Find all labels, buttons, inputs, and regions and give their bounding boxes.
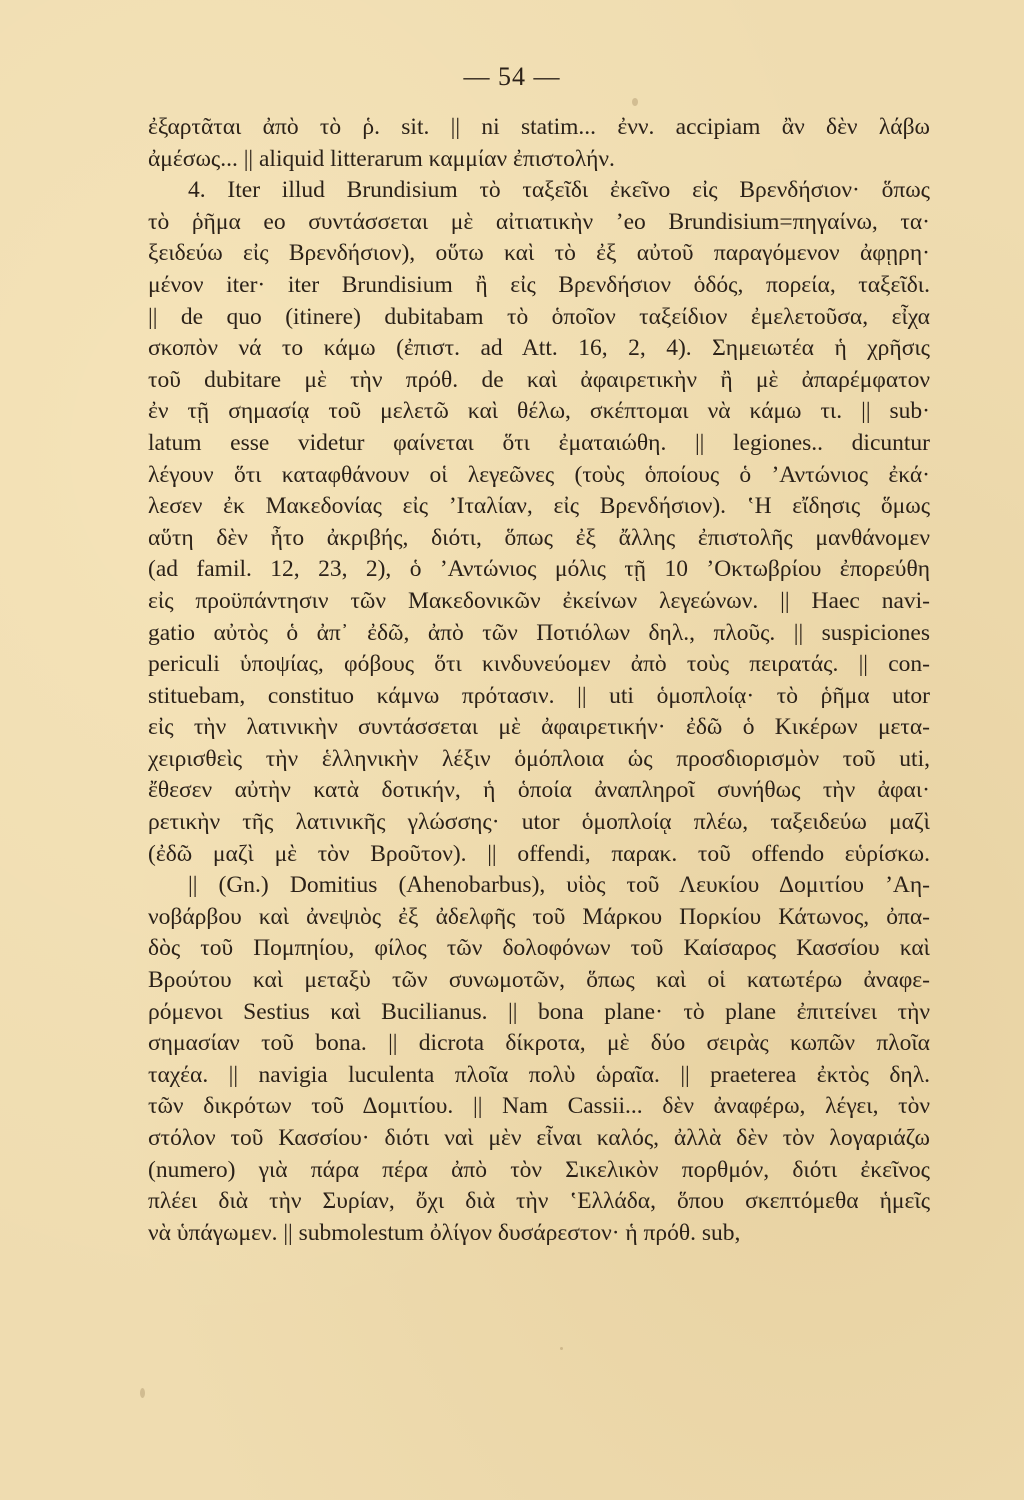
text-line: (numero) γιὰ πάρα πέρα ἀπὸ τὸν Σικελικὸν… (148, 1155, 930, 1187)
text-line: (ad famil. 12, 23, 2), ὁ ʼΑντώνιος μόλις… (148, 554, 930, 586)
text-line: ρετικὴν τῆς λατινικῆς γλώσσης· utor ὁμοπ… (148, 807, 930, 839)
text-line: εἰς τὴν λατινικὴν συντάσσεται μὲ ἀφαιρετ… (148, 712, 930, 744)
text-line: τὸ ῥῆμα eo συντάσσεται μὲ αἰτιατικὴν ʼeo… (148, 207, 930, 239)
text-line: ἐν τῇ σημασίᾳ τοῦ μελετῶ καὶ θέλω, σκέπτ… (148, 396, 930, 428)
text-line: ταχέα. || navigia luculenta πλοῖα πολὺ ὡ… (148, 1060, 930, 1092)
paper-blemish (560, 1347, 563, 1350)
text-line: gatio αὐτὸς ὁ ἀπ᾽ ἐδῶ, ἀπὸ τῶν Ποτιόλων … (148, 618, 930, 650)
text-line: ρόμενοι Sestius καὶ Bucilianus. || bona … (148, 997, 930, 1029)
text-line: λέγουν ὅτι καταφθάνουν οἱ λεγεῶνες (τοὺς… (148, 460, 930, 492)
text-line: τῶν δικρότων τοῦ Δομιτίου. || Nam Cassii… (148, 1091, 930, 1123)
text-line: periculi ὑποψίας, φόβους ὅτι κινδυνεύομε… (148, 649, 930, 681)
text-line: (ἐδῶ μαζὶ μὲ τὸν Βροῦτον). || offendi, π… (148, 839, 930, 871)
text-line: ἐξαρτᾶται ἀπὸ τὸ ῥ. sit. || ni statim...… (148, 112, 930, 144)
text-line: σημασίαν τοῦ bona. || dicrota δίκροτα, μ… (148, 1028, 930, 1060)
text-line: νὰ ὑπάγωμεν. || submolestum ὀλίγον δυσάρ… (148, 1218, 930, 1250)
text-line: νοβάρβου καὶ ἀνεψιὸς ἐξ ἀδελφῆς τοῦ Μάρκ… (148, 902, 930, 934)
text-line: ἔθεσεν αὐτὴν κατὰ δοτικήν, ἡ ὁποία ἀναπλ… (148, 775, 930, 807)
text-line: || (Gn.) Domitius (Ahenobarbus), υἱὸς το… (148, 870, 930, 902)
page-number: — 54 — (0, 62, 1024, 92)
text-line: τοῦ dubitare μὲ τὴν πρόθ. de καὶ ἀφαιρετ… (148, 365, 930, 397)
text-line: || de quo (itinere) dubitabam τὸ ὁποῖον … (148, 302, 930, 334)
text-line: ἀμέσως... || aliquid litterarum καμμίαν … (148, 144, 930, 176)
text-line: μένον iter· iter Brundisium ἢ εἰς Βρενδή… (148, 270, 930, 302)
text-line: ξειδεύω εἰς Βρενδήσιον), οὕτω καὶ τὸ ἐξ … (148, 238, 930, 270)
text-line: 4. Iter illud Brundisium τὸ ταξεῖδι ἐκεῖ… (148, 175, 930, 207)
text-line: χειρισθεὶς τὴν ἑλληνικὴν λέξιν ὁμόπλοια … (148, 744, 930, 776)
text-line: εἰς προϋπάντησιν τῶν Μακεδονικῶν ἐκείνων… (148, 586, 930, 618)
text-line: στόλον τοῦ Κασσίου· διότι ναὶ μὲν εἶναι … (148, 1123, 930, 1155)
text-line: stituebam, constituo κάμνω πρότασιν. || … (148, 681, 930, 713)
text-line: δὸς τοῦ Πομπηίου, φίλος τῶν δολοφόνων το… (148, 933, 930, 965)
text-line: Βρούτου καὶ μεταξὺ τῶν συνωμοτῶν, ὅπως κ… (148, 965, 930, 997)
text-line: σκοπὸν νά το κάμω (ἐπιστ. ad Att. 16, 2,… (148, 333, 930, 365)
text-line: πλέει διὰ τὴν Συρίαν, ὄχι διὰ τὴν ʽΕλλάδ… (148, 1186, 930, 1218)
scanned-page: — 54 — ἐξαρτᾶται ἀπὸ τὸ ῥ. sit. || ni st… (0, 0, 1024, 1500)
text-line: λεσεν ἐκ Μακεδονίας εἰς ʼΙταλίαν, εἰς Βρ… (148, 491, 930, 523)
paper-blemish (632, 98, 638, 106)
paper-blemish (140, 1388, 145, 1398)
commentary-text: ἐξαρτᾶται ἀπὸ τὸ ῥ. sit. || ni statim...… (148, 112, 930, 1249)
text-line: αὕτη δὲν ἦτο ἀκριβής, διότι, ὅπως ἐξ ἄλλ… (148, 523, 930, 555)
text-line: latum esse videtur φαίνεται ὅτι ἐματαιώθ… (148, 428, 930, 460)
